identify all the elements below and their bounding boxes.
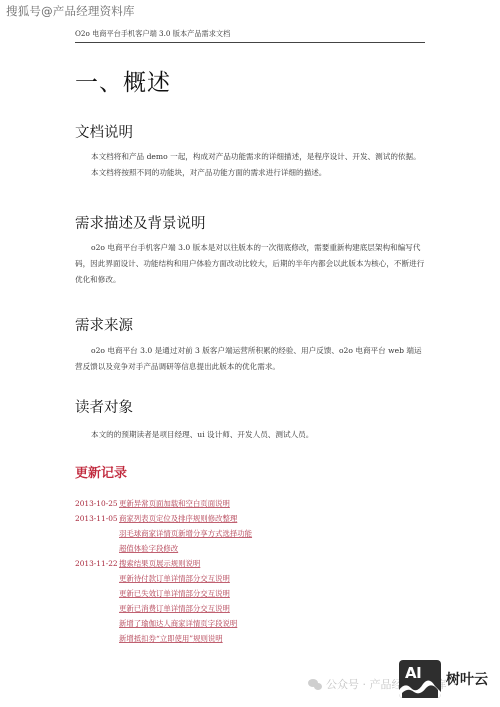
doc-desc-body: 本文档将和产品 demo 一起，构成对产品功能需求的详细描述，是程序设计、开发、…	[75, 149, 427, 181]
log-link[interactable]: 更新待付款订单详情部分交互说明	[119, 571, 230, 586]
paragraph: 本文的的预期读者是项目经理、ui 设计师、开发人员、测试人员。	[75, 427, 427, 443]
log-date	[75, 631, 119, 646]
update-log-title: 更新记录	[75, 462, 127, 481]
log-link[interactable]: 更新已消费订单详情部分交互说明	[119, 601, 230, 616]
log-date: 2013-11-22	[75, 556, 119, 571]
source-body: o2o 电商平台 3.0 是通过对前 3 版客户端运营所积累的经验、用户反馈、o…	[75, 343, 427, 375]
heading-background: 需求描述及背景说明	[75, 212, 206, 233]
log-date	[75, 601, 119, 616]
log-link[interactable]: 超值体验字段修改	[119, 541, 178, 556]
section-title: 一、概述	[75, 64, 171, 97]
brand-badge: AI 树叶云	[399, 660, 488, 698]
mountain-icon	[399, 676, 441, 698]
log-date	[75, 541, 119, 556]
paragraph: 本文档将按照不同的功能块，对产品功能方面的需求进行详细的描述。	[75, 165, 427, 181]
log-link[interactable]: 搜索结果页展示规则说明	[119, 556, 200, 571]
log-entry: 新增了瑜伽达人商家详情页字段说明	[75, 616, 252, 631]
log-date	[75, 586, 119, 601]
log-link[interactable]: 羽毛球商家详情页新增分享方式选择功能	[119, 526, 252, 541]
log-entry: 更新待付款订单详情部分交互说明	[75, 571, 252, 586]
log-entry: 2013-11-22 搜索结果页展示规则说明	[75, 556, 252, 571]
heading-audience: 读者对象	[75, 396, 133, 417]
log-link[interactable]: 更新已失效订单详情部分交互说明	[119, 586, 230, 601]
log-entry: 更新已消费订单详情部分交互说明	[75, 601, 252, 616]
heading-source: 需求来源	[75, 314, 133, 335]
log-link[interactable]: 更新异常页面加载和空白页面说明	[119, 496, 230, 511]
wechat-icon	[308, 679, 322, 690]
watermark-top: 搜狐号@产品经理资料库	[6, 3, 135, 19]
log-entry: 羽毛球商家详情页新增分享方式选择功能	[75, 526, 252, 541]
log-date	[75, 616, 119, 631]
log-link[interactable]: 新增抵扣券“立即使用”规则说明	[119, 631, 223, 646]
paragraph: o2o 电商平台 3.0 是通过对前 3 版客户端运营所积累的经验、用户反馈、o…	[75, 343, 427, 375]
log-date	[75, 526, 119, 541]
paragraph: 本文档将和产品 demo 一起，构成对产品功能需求的详细描述，是程序设计、开发、…	[75, 149, 427, 165]
page-header: O2o 电商平台手机客户端 3.0 版本产品需求文档	[75, 29, 425, 43]
log-date: 2013-11-05	[75, 511, 119, 526]
update-log: 2013-10-25 更新异常页面加载和空白页面说明 2013-11-05 商家…	[75, 496, 252, 646]
log-entry: 新增抵扣券“立即使用”规则说明	[75, 631, 252, 646]
brand-name: 树叶云	[446, 669, 488, 689]
audience-body: 本文的的预期读者是项目经理、ui 设计师、开发人员、测试人员。	[75, 427, 427, 443]
log-entry: 超值体验字段修改	[75, 541, 252, 556]
heading-doc-desc: 文档说明	[75, 121, 133, 142]
ai-logo-icon: AI	[399, 660, 441, 698]
log-link[interactable]: 商家列表页定位及排序规则修改整理	[119, 511, 237, 526]
paragraph: o2o 电商平台手机客户端 3.0 版本是对以往版本的一次彻底修改，需要重新构建…	[75, 240, 427, 288]
log-date	[75, 571, 119, 586]
log-link[interactable]: 新增了瑜伽达人商家详情页字段说明	[119, 616, 237, 631]
log-date: 2013-10-25	[75, 496, 119, 511]
log-entry: 更新已失效订单详情部分交互说明	[75, 586, 252, 601]
background-body: o2o 电商平台手机客户端 3.0 版本是对以往版本的一次彻底修改，需要重新构建…	[75, 240, 427, 288]
log-entry: 2013-10-25 更新异常页面加载和空白页面说明	[75, 496, 252, 511]
log-entry: 2013-11-05 商家列表页定位及排序规则修改整理	[75, 511, 252, 526]
